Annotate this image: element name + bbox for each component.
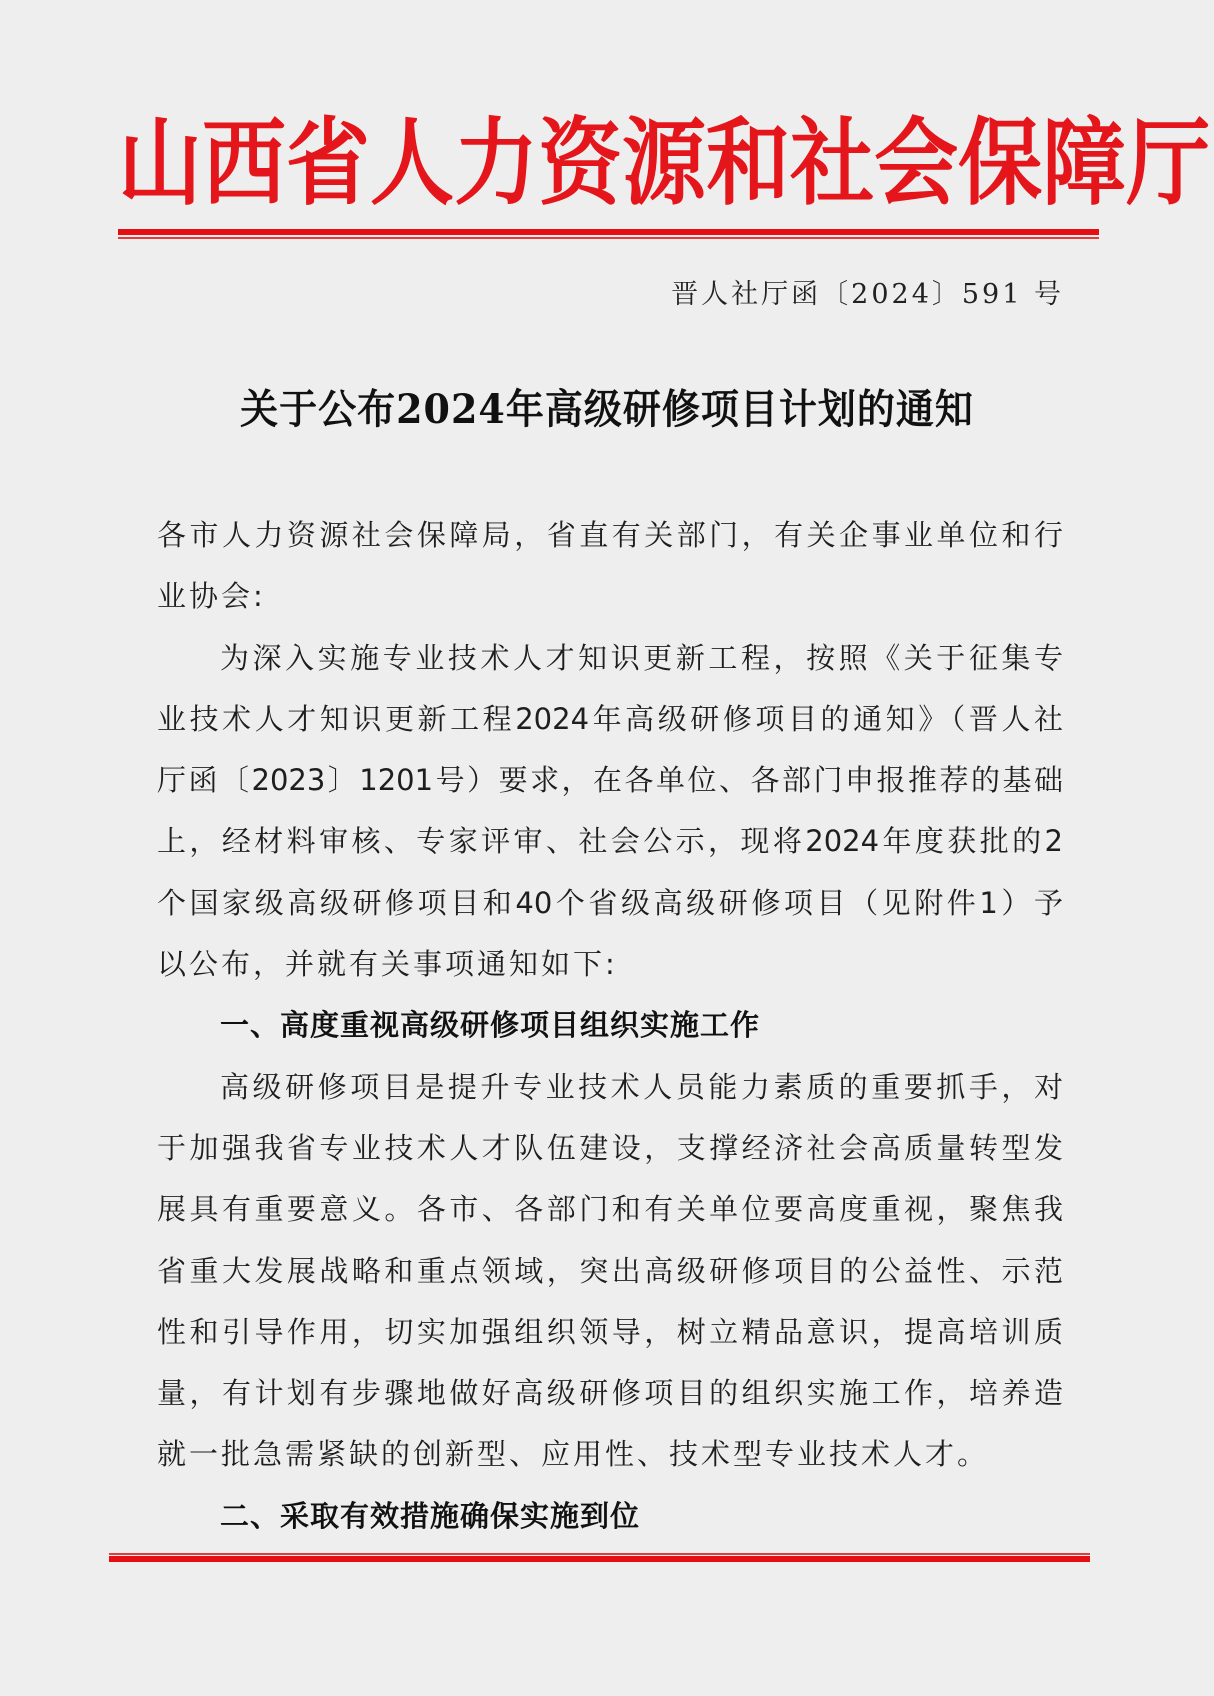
body-line: 就一批急需紧缺的创新型、应用性、技术型专业技术人才。 [157,1424,1063,1485]
issuer-masthead: 山 西 省 人 力 资 源 和 社 会 保 障 厅 [118,101,1100,224]
masthead-char: 和 [706,101,790,224]
document-title: 关于公布2024年高级研修项目计划的通知 [0,376,1214,434]
document-page: 山 西 省 人 力 资 源 和 社 会 保 障 厅 晋人社厅函〔2024〕591… [0,0,1214,1696]
body-line: 为深入实施专业技术人才知识更新工程，按照《关于征集专 [157,628,1063,689]
masthead-char: 社 [790,101,874,224]
header-divider-thick [118,229,1099,235]
masthead-char: 山 [118,101,202,224]
masthead-char: 省 [286,101,370,224]
footer-divider-thin [109,1553,1090,1555]
body-line: 业协会: [157,566,1063,627]
masthead-char: 保 [958,101,1042,224]
body-line: 业技术人才知识更新工程2024年高级研修项目的通知》（晋人社 [157,689,1063,750]
header-divider-thin [118,237,1099,239]
body-line: 高级研修项目是提升专业技术人员能力素质的重要抓手，对 [157,1057,1063,1118]
masthead-char: 西 [202,101,286,224]
body-line: 量，有计划有步骤地做好高级研修项目的组织实施工作，培养造 [157,1363,1063,1424]
masthead-char: 人 [370,101,454,224]
section-heading-1: 一、高度重视高级研修项目组织实施工作 [157,995,1063,1056]
body-line: 个国家级高级研修项目和40个省级高级研修项目（见附件1）予 [157,873,1063,934]
body-line: 展具有重要意义。各市、各部门和有关单位要高度重视，聚焦我 [157,1179,1063,1240]
masthead-char: 厅 [1126,101,1210,224]
section-heading-2: 二、采取有效措施确保实施到位 [157,1486,1063,1547]
body-line: 上，经材料审核、专家评审、社会公示，现将2024年度获批的2 [157,811,1063,872]
body-line: 性和引导作用，切实加强组织领导，树立精品意识，提高培训质 [157,1302,1063,1363]
document-body: 各市人力资源社会保障局，省直有关部门，有关企事业单位和行 业协会: 为深入实施专… [157,505,1063,1547]
masthead-char: 资 [538,101,622,224]
masthead-char: 会 [874,101,958,224]
body-line: 省重大发展战略和重点领域，突出高级研修项目的公益性、示范 [157,1241,1063,1302]
masthead-char: 力 [454,101,538,224]
document-number: 晋人社厅函〔2024〕591 号 [671,272,1064,311]
body-line: 于加强我省专业技术人才队伍建设，支撑经济社会高质量转型发 [157,1118,1063,1179]
body-line: 厅函〔2023〕1201号）要求，在各单位、各部门申报推荐的基础 [157,750,1063,811]
footer-divider-thick [109,1556,1090,1562]
body-line: 以公布，并就有关事项通知如下: [157,934,1063,995]
masthead-char: 障 [1042,101,1126,224]
body-line: 各市人力资源社会保障局，省直有关部门，有关企事业单位和行 [157,505,1063,566]
masthead-char: 源 [622,101,706,224]
